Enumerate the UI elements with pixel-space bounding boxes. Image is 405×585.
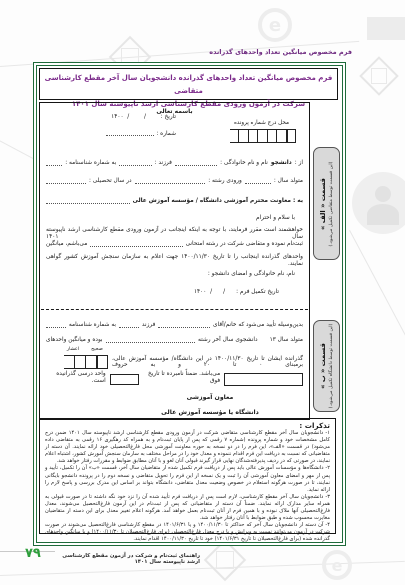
file-number-cell <box>287 129 297 143</box>
units-count-box <box>110 374 139 385</box>
exam-field-label: ثبت‌نام نموده و متقاضی شرکت در رشته امتح… <box>186 241 303 248</box>
tab-section-alef-title: قسمت « الف » <box>319 150 328 258</box>
gpa-cell <box>75 355 86 369</box>
father-label: فرزند : <box>155 160 172 167</box>
fullname-label: نام و نام خانوادگی : <box>220 160 268 167</box>
entry-dotted-line <box>135 180 206 184</box>
request-line2: ثبت‌نام نموده و متقاضی شرکت در رشته امتح… <box>46 241 303 248</box>
section-separator <box>41 309 308 310</box>
form-title-line1: فرم مخصوص میانگین تعداد واحدهای گذرانده … <box>40 72 337 98</box>
tab-section-alef: قسمت « الف » (این قسمت توسط متقاضی تکمیل… <box>313 147 340 260</box>
tab-section-be-title: قسمت « ب » <box>319 322 328 410</box>
notes-heading: تذکرات : <box>45 421 330 430</box>
avg-tail-label: بوده و میانگین واحدهای <box>46 337 103 344</box>
file-number-cell <box>249 129 259 143</box>
last-year-row: متولد سال ۱۳ دانشجوی سال آخر رشته بوده و… <box>46 337 303 344</box>
confirm-father-label: فرزند <box>142 322 155 329</box>
gpa-cell <box>86 355 97 369</box>
gpa-cell <box>64 355 75 369</box>
confirm-name-dotted-line <box>158 324 210 328</box>
gpa-words-row: می‌باشد. ضمناً نامبرده تا تاریخ فوق واحد… <box>46 371 303 386</box>
file-number-cell <box>268 129 278 143</box>
exam-field-dotted-line <box>90 243 182 247</box>
form-title-box: فرم مخصوص میانگین تعداد واحدهای گذرانده … <box>39 68 338 100</box>
confirm-id-dotted-line <box>46 324 66 328</box>
last-year-label: دانشجوی سال آخر رشته <box>198 337 258 344</box>
page-header-note: فرم مخصوص میانگین تعداد واحدهای گذرانده <box>209 48 352 56</box>
request-line2-tail: می‌باشم، میانگین <box>46 241 87 248</box>
form-content-box: باسمه تعالی تاریخ : / / ۱۴۰۰ شماره : محل… <box>39 102 310 420</box>
request-line3: واحدهای گذرانده اینجانب را تا تاریخ ۱۴۰۰… <box>46 254 303 267</box>
confirm-row: بدین‌وسیله تأیید می‌شود که خانم/آقای فرز… <box>46 322 303 329</box>
confirm-label: بدین‌وسیله تأیید می‌شود که خانم/آقای <box>213 322 303 329</box>
file-number-cell <box>258 129 268 143</box>
father-dotted-line <box>119 162 151 166</box>
tab-section-alef-caption: (این قسمت توسط متقاضی تکمیل می‌شود.) <box>328 150 335 258</box>
born-dotted-line <box>245 180 271 184</box>
from-student-label: دانشجو <box>271 160 292 167</box>
passed-units-line: گذرانده ایشان تا تاریخ ۱۴۰۰/۱۱/۳۰ در این… <box>112 356 303 368</box>
number-field: شماره : <box>106 131 176 137</box>
number-label: شماره : <box>156 131 176 137</box>
file-number-cell <box>230 129 240 143</box>
fullname-dotted-line <box>175 162 217 166</box>
student-signature-label: نام، نام خانوادگی و امضای دانشجو : <box>208 271 295 277</box>
note-item-3: ۳- دانشجویان سال آخر مقطع کارشناسی، لازم… <box>45 494 330 522</box>
note-item-2: ۲- دانشگاه‌ها و مؤسسات آموزش عالی باید پ… <box>45 465 330 493</box>
birth-entry-row: متولد سال : ورودی رشته : در سال تحصیلی : <box>46 178 303 185</box>
acad-year-dotted-line <box>46 180 86 184</box>
student-identity-row: از : دانشجو نام و نام خانوادگی : فرزند :… <box>46 160 303 167</box>
file-number-cell <box>277 129 287 143</box>
acad-year-label: در سال تحصیلی : <box>89 178 132 185</box>
number-dotted-line <box>106 132 154 136</box>
addressee-label: به : معاونت محترم آموزشی دانشگاه / مؤسسه… <box>133 198 303 205</box>
file-number-label: محل درج شماره پرونده <box>234 120 289 126</box>
dean-title-line1: معاون آموزشی <box>160 394 260 401</box>
note-item-4: ۴- آن دسته از دانشجویان سال آخر که حداکث… <box>45 522 330 543</box>
file-number-cell <box>239 129 249 143</box>
confirm-born-label: متولد سال ۱۳ <box>270 337 303 344</box>
born-label: متولد سال : <box>274 178 303 185</box>
notes-box: تذکرات : ۱- دانشجویان سال آخر مقطع کارشن… <box>39 418 336 534</box>
salutation: با سلام و احترام <box>256 215 295 221</box>
from-label: از : <box>295 160 303 167</box>
date-field: تاریخ : / / ۱۴۰۰ <box>111 114 176 120</box>
request-line1: خواهشمند است مقرر فرمایند، با توجه به ای… <box>46 227 303 240</box>
form-outer-box: فرم مخصوص میانگین تعداد واحدهای گذرانده … <box>33 62 346 546</box>
units-tail-label: واحد درسی گذرانیده است. <box>46 371 106 384</box>
gpa-decimal-label: اعشار <box>62 347 84 352</box>
footer-guide-title: راهنمای ثبت‌نام و شرکت در آزمون مقطع کار… <box>55 553 200 565</box>
tab-section-be: قسمت « ب » (این قسمت توسط دانشگاه تکمیل … <box>313 320 340 412</box>
id-dotted-line <box>46 162 62 166</box>
entry-label: ورودی رشته : <box>208 178 242 185</box>
is-line-label: می‌باشد. ضمناً نامبرده تا تاریخ فوق <box>143 371 220 384</box>
confirm-father-dotted-line <box>119 324 139 328</box>
addressee-row: به : معاونت محترم آموزشی دانشگاه / مؤسسه… <box>46 198 303 205</box>
tab-section-be-caption: (این قسمت توسط دانشگاه تکمیل می‌شود.) <box>328 322 335 410</box>
file-number-cells <box>230 129 297 143</box>
gpa-words-box <box>224 373 303 386</box>
confirm-id-label: به شماره شناسنامه <box>69 322 116 329</box>
last-year-field-dotted-line <box>106 339 195 343</box>
gpa-integer-label: صحیح <box>86 347 108 352</box>
page-number: ۷۹ <box>25 546 41 561</box>
dean-title-line2: دانشگاه یا مؤسسه آموزش عالی <box>140 409 280 416</box>
note-item-1: ۱- دانشجویان سال آخر مقطع کارشناسی متقاض… <box>45 430 330 465</box>
id-label: به شماره شناسنامه : <box>65 160 116 167</box>
addressee-dotted-line <box>46 200 130 204</box>
gpa-cell <box>97 355 108 369</box>
fill-date-field: تاریخ تکمیل فرم : / / ۱۴۰۰ <box>194 289 279 295</box>
gpa-cells <box>64 355 108 369</box>
